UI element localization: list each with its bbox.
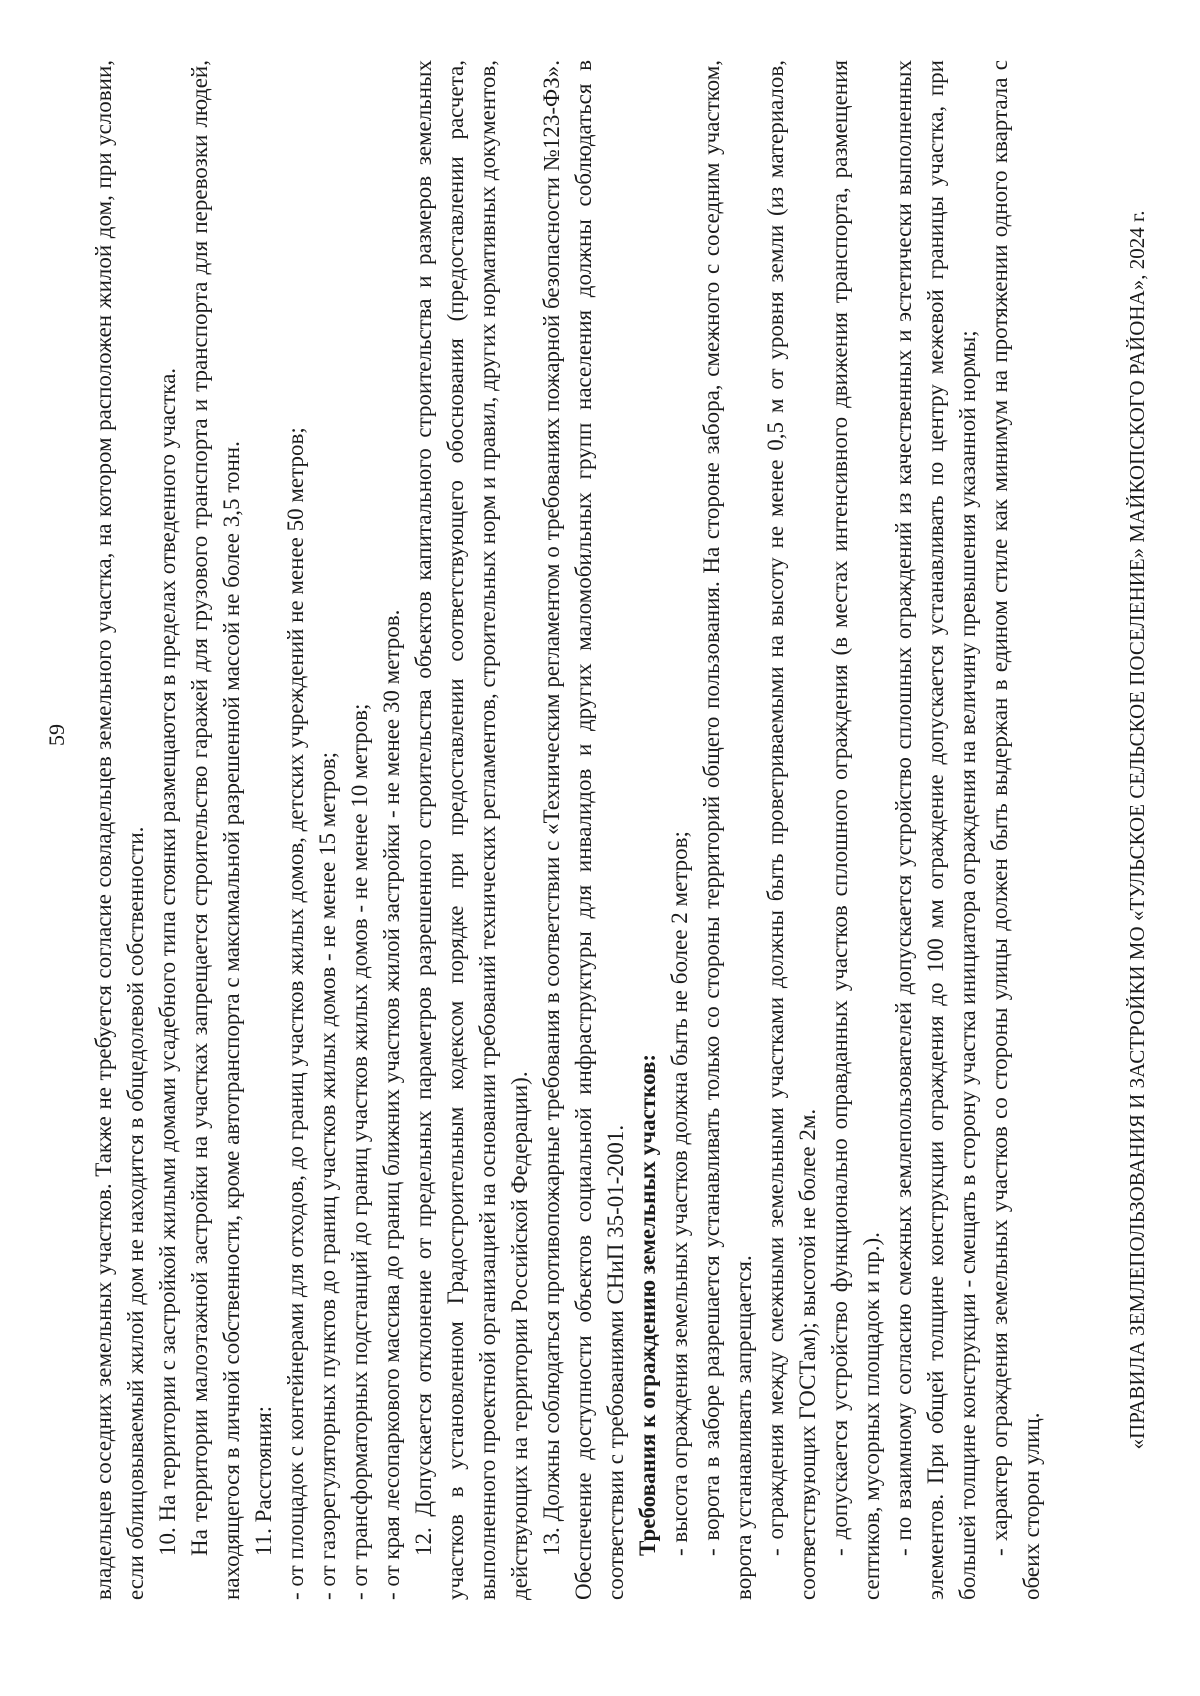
paragraph: 13. Должны соблюдаться противопожарные т… bbox=[536, 60, 632, 1600]
paragraph: - допускается устройство функционально о… bbox=[824, 60, 888, 1600]
scanned-page: 59 владельцев соседних земельных участко… bbox=[0, 0, 1200, 1696]
section-heading: Требования к ограждению земельных участк… bbox=[632, 60, 664, 1600]
paragraph: - по взаимному согласию смежных землепол… bbox=[888, 60, 984, 1600]
paragraph: - от трансформаторных подстанций до гран… bbox=[344, 60, 376, 1600]
paragraph: - от площадок с контейнерами для отходов… bbox=[280, 60, 312, 1600]
paragraph: - высота ограждения земельных участков д… bbox=[664, 60, 696, 1600]
document-body: владельцев соседних земельных участков. … bbox=[88, 60, 1048, 1600]
rotated-page: 59 владельцев соседних земельных участко… bbox=[0, 0, 1200, 1696]
paragraph: - ограждения между смежными земельными у… bbox=[760, 60, 824, 1600]
paragraph: На территории малоэтажной застройки на у… bbox=[184, 60, 248, 1600]
paragraph: 12. Допускается отклонение от предельных… bbox=[408, 60, 536, 1600]
paragraph: - ворота в заборе разрешается устанавлив… bbox=[696, 60, 760, 1600]
page-number: 59 bbox=[44, 724, 70, 746]
page-footer: «ПРАВИЛА ЗЕМЛЕПОЛЬЗОВАНИЯ И ЗАСТРОЙКИ МО… bbox=[1124, 60, 1150, 1600]
paragraph: владельцев соседних земельных участков. … bbox=[88, 60, 152, 1600]
paragraph: - от края лесопаркового массива до грани… bbox=[376, 60, 408, 1600]
paragraph: - характер ограждения земельных участков… bbox=[984, 60, 1048, 1600]
paragraph: 10. На территории с застройкой жилыми до… bbox=[152, 60, 184, 1600]
paragraph: 11. Расстояния: bbox=[248, 60, 280, 1600]
paragraph: - от газорегуляторных пунктов до границ … bbox=[312, 60, 344, 1600]
